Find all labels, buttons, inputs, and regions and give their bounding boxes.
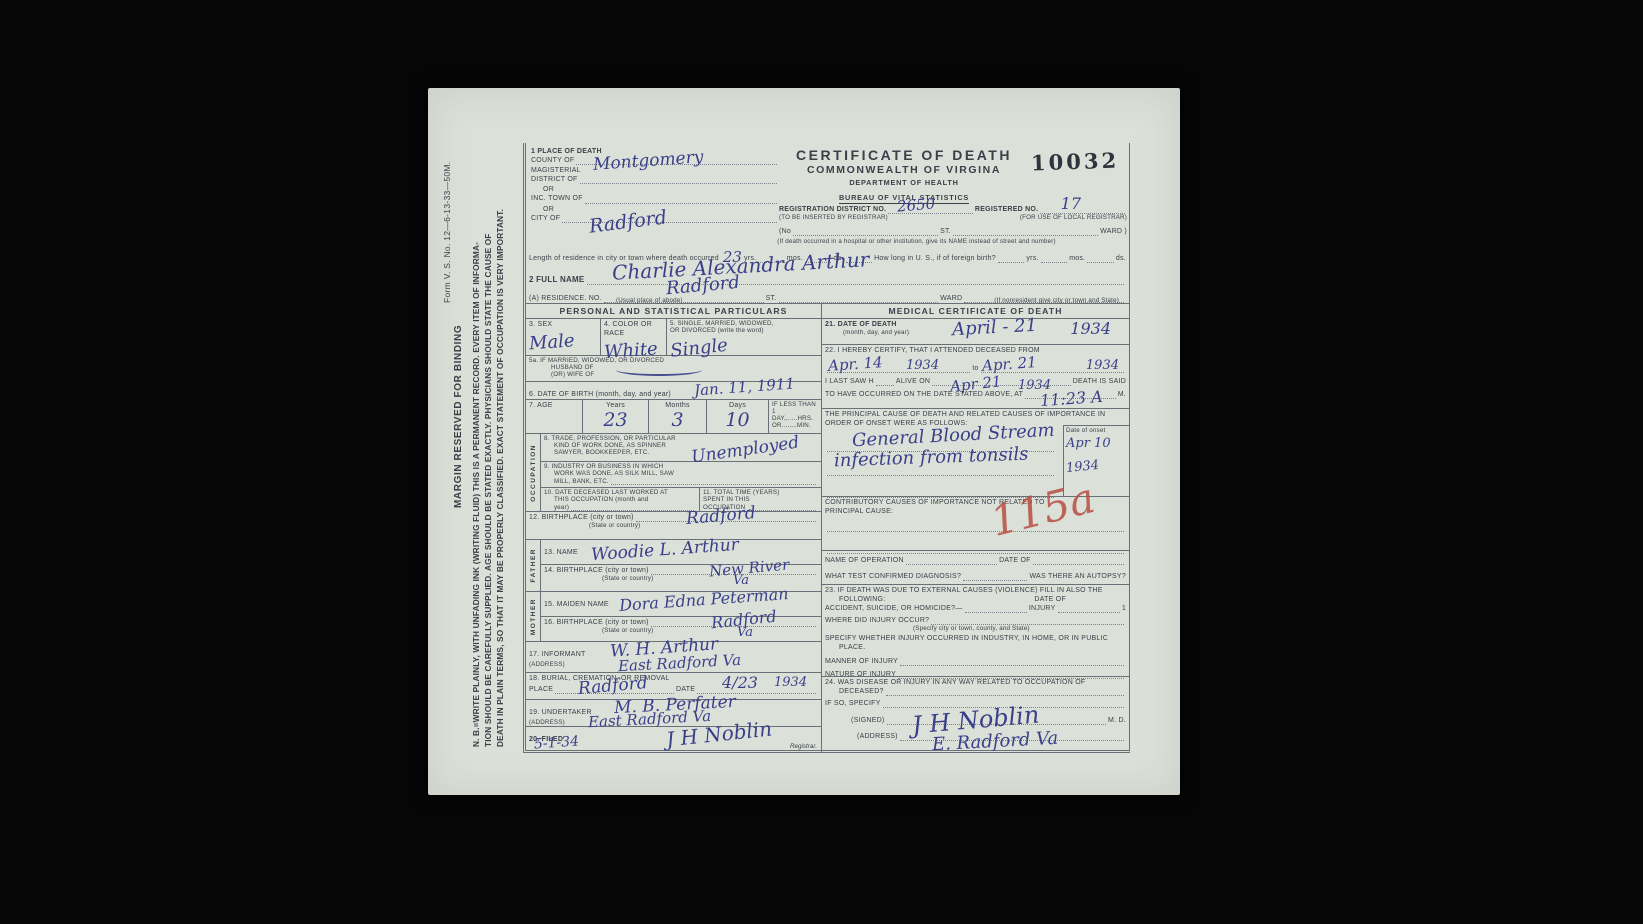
item9-row: 9. INDUSTRY OR BUSINESS IN WHICH WORK WA… bbox=[541, 462, 821, 488]
item22-time-handwritten: 11:23 A bbox=[1040, 389, 1104, 409]
item15-label: 15. MAIDEN NAME bbox=[544, 601, 609, 608]
medical-column: 21. DATE OF DEATH (month, day, and year)… bbox=[821, 319, 1129, 753]
race-label: 4. COLOR OR RACE bbox=[604, 320, 663, 338]
medical-section-title: MEDICAL CERTIFICATE OF DEATH bbox=[821, 304, 1129, 318]
item15-row: 15. MAIDEN NAME Dora Edna Peterman bbox=[541, 592, 821, 617]
item12-row: 12. BIRTHPLACE (city or town) (State or … bbox=[526, 512, 821, 540]
father-side-label: FATHER bbox=[530, 548, 537, 583]
item22-to-year-handwritten: 1934 bbox=[1086, 360, 1119, 372]
registered-no-handwritten: 17 bbox=[1061, 196, 1081, 211]
margin-binding-notice: MARGIN RESERVED FOR BINDING bbox=[453, 325, 464, 508]
test-fill bbox=[963, 573, 1027, 581]
registered-no-note: (FOR USE OF LOCAL REGISTRAR) bbox=[1020, 214, 1127, 221]
item14-label: 14. BIRTHPLACE (city or town) bbox=[544, 566, 649, 575]
item23-row: 23. IF DEATH WAS DUE TO EXTERNAL CAUSES … bbox=[822, 585, 1129, 677]
item9-label-3: MILL, BANK, ETC. bbox=[554, 478, 609, 485]
autopsy-label: WAS THERE AN AUTOPSY? bbox=[1029, 572, 1126, 581]
item23-injury-label: INJURY bbox=[1029, 604, 1056, 613]
registered-no-label: REGISTERED NO. bbox=[975, 205, 1038, 214]
street-st-label: ST. bbox=[940, 227, 951, 236]
certificate-number: 10032 bbox=[1031, 147, 1120, 175]
mos2-label: mos. bbox=[1069, 254, 1085, 263]
residence-ward-label: WARD bbox=[940, 294, 962, 303]
item23-where-note: (Specify city or town, county, and State… bbox=[913, 625, 1126, 632]
age-days-handwritten: 10 bbox=[710, 411, 765, 429]
contributory-row: CONTRIBUTORY CAUSES OF IMPORTANCE NOT RE… bbox=[822, 497, 1129, 551]
operation-date-label: DATE OF bbox=[999, 556, 1031, 565]
item22-last-saw-label: I LAST SAW H bbox=[825, 377, 874, 386]
item22-death-said-label: DEATH IS SAID bbox=[1073, 377, 1126, 386]
principal-label-1: THE PRINCIPAL CAUSE OF DEATH AND RELATED… bbox=[825, 410, 1126, 419]
item9-label-1: 9. INDUSTRY OR BUSINESS IN WHICH bbox=[544, 463, 818, 470]
address-label: (ADDRESS) bbox=[857, 732, 898, 741]
item10-label-3: year) bbox=[554, 504, 569, 511]
margin-nb-line3: DEATH IN PLAIN TERMS, SO THAT IT MAY BE … bbox=[495, 209, 505, 747]
yrs2-label: yrs. bbox=[1026, 254, 1038, 263]
registration-district-label: REGISTRATION DISTRICT NO. bbox=[779, 205, 886, 214]
commonwealth-subtitle: COMMONWEALTH OF VIRGINA bbox=[779, 164, 1029, 176]
item22-occurred-label: TO HAVE OCCURRED ON THE DATE STATED ABOV… bbox=[825, 390, 1023, 399]
item9-label-2: WORK WAS DONE, AS SILK MILL, SAW bbox=[554, 470, 818, 477]
item19-label: 19. UNDERTAKER bbox=[529, 709, 592, 716]
item16-label: 16. BIRTHPLACE (city or town) bbox=[544, 618, 649, 627]
item23-specify-2: PLACE. bbox=[839, 643, 1126, 652]
or-label-1: OR bbox=[543, 185, 779, 194]
item20-row: 20. FILED 5-1-34 J H Noblin Registrar. bbox=[526, 727, 821, 751]
item18-place-handwritten: Radford bbox=[577, 675, 648, 697]
item23-accident-label: ACCIDENT, SUICIDE, OR HOMICIDE?— bbox=[825, 604, 963, 613]
sex-label: 3. SEX bbox=[529, 320, 597, 329]
us-residence-label: How long in U. S., if of foreign birth? bbox=[874, 254, 996, 263]
husband-wife-dash-mark bbox=[616, 364, 702, 376]
full-name-label: 2 FULL NAME bbox=[529, 275, 585, 285]
certificate-title: CERTIFICATE OF DEATH bbox=[779, 147, 1029, 163]
dob-handwritten: Jan. 11, 1911 bbox=[694, 376, 796, 397]
item21-handwritten: April - 21 bbox=[952, 317, 1038, 339]
item22-to-handwritten: Apr. 21 bbox=[982, 355, 1037, 373]
item13-label: 13. NAME bbox=[544, 549, 578, 556]
onset-value-handwritten: Apr 10 bbox=[1066, 438, 1127, 450]
item22-alive-label: ALIVE ON bbox=[896, 377, 930, 386]
signed-label: (SIGNED) bbox=[851, 716, 885, 725]
md-label: M. D. bbox=[1108, 716, 1126, 725]
registrar-label: Registrar. bbox=[790, 743, 817, 750]
personal-column: 3. SEX Male 4. COLOR OR RACE White 5. SI… bbox=[526, 319, 821, 753]
residence-st-label: ST. bbox=[766, 294, 777, 303]
sex-handwritten: Male bbox=[528, 331, 597, 353]
item22-saw-date-handwritten: Apr 21 bbox=[949, 374, 1002, 394]
occupation-side-label: OCCUPATION bbox=[530, 444, 537, 502]
operation-date-fill bbox=[1033, 557, 1124, 565]
death-certificate-document: Form V. S. No. 12—6-13-33—50M. MARGIN RE… bbox=[428, 88, 1180, 795]
item22-him-fill bbox=[876, 378, 894, 386]
age-row: 7. AGE Years 23 Months 3 Days 10 bbox=[526, 400, 821, 434]
item23-manner-label: MANNER OF INJURY bbox=[825, 657, 898, 666]
if-less-label-1: IF LESS THAN bbox=[772, 401, 818, 408]
county-label: COUNTY OF bbox=[531, 156, 574, 165]
margin-nb-line1: N. B.=WRITE PLAINLY, WITH UNFADING INK (… bbox=[471, 242, 481, 747]
item22-from-year-handwritten: 1934 bbox=[906, 360, 939, 372]
onset-year-handwritten: 1934 bbox=[1066, 457, 1128, 476]
item5a-label-1: 5a. IF MARRIED, WIDOWED, OR DIVORCED bbox=[529, 357, 818, 364]
item23-where-label: WHERE DID INJURY OCCUR? bbox=[825, 616, 929, 625]
physician-address-handwritten: E. Radford Va bbox=[932, 730, 1059, 754]
dob-label: 6. DATE OF BIRTH (month, day, and year) bbox=[529, 391, 671, 398]
operation-label: NAME OF OPERATION bbox=[825, 556, 904, 565]
place-of-death-block: 1 PLACE OF DEATH COUNTY OF MAGISTERIAL D… bbox=[531, 147, 779, 224]
age-months-handwritten: 3 bbox=[652, 411, 703, 429]
age-label: 7. AGE bbox=[529, 401, 579, 410]
item10-11-row: 10. DATE DECEASED LAST WORKED AT THIS OC… bbox=[541, 488, 821, 512]
item8-row: 8. TRADE, PROFESSION, OR PARTICULAR KIND… bbox=[541, 434, 821, 462]
district-of-label: DISTRICT OF bbox=[531, 175, 578, 184]
item24-label-2: DECEASED? bbox=[839, 687, 884, 696]
item20-date-handwritten: 5-1-34 bbox=[534, 735, 580, 751]
item11-label-1: 11. TOTAL TIME (YEARS) bbox=[703, 489, 818, 496]
item12-label: 12. BIRTHPLACE (city or town) bbox=[529, 513, 634, 522]
item18-place-label: PLACE bbox=[529, 685, 553, 694]
item22-from-handwritten: Apr. 14 bbox=[828, 355, 883, 373]
item22-m-label: M. bbox=[1118, 390, 1126, 399]
item24-specify-label: IF SO, SPECIFY bbox=[825, 699, 881, 708]
item9-fill bbox=[611, 477, 816, 485]
item23-label-1: 23. IF DEATH WAS DUE TO EXTERNAL CAUSES … bbox=[825, 586, 1126, 595]
item11-fill bbox=[747, 503, 816, 511]
operation-fill bbox=[906, 557, 997, 565]
item10-label-1: 10. DATE DECEASED LAST WORKED AT bbox=[544, 489, 696, 496]
form-number-margin-text: Form V. S. No. 12—6-13-33—50M. bbox=[442, 162, 452, 303]
street-ward-row: (No ST. WARD ) bbox=[779, 227, 1127, 236]
residence-row: (A) RESIDENCE. NO. ST. WARD Radford (Usu… bbox=[526, 285, 1129, 303]
sex-race-marital-row: 3. SEX Male 4. COLOR OR RACE White 5. SI… bbox=[526, 319, 821, 356]
item23-one: 1 bbox=[1122, 604, 1126, 613]
street-st-fill bbox=[953, 228, 1098, 236]
residence-st-fill bbox=[779, 295, 939, 303]
item23-manner-fill bbox=[900, 658, 1124, 666]
item17-label: 17. INFORMANT bbox=[529, 651, 586, 658]
item23-date-of-label: DATE OF bbox=[1034, 595, 1066, 604]
us-fill bbox=[998, 255, 1025, 263]
mother-block: MOTHER 15. MAIDEN NAME Dora Edna Peterma… bbox=[526, 592, 821, 642]
registration-district-note: (TO BE INSERTED BY REGISTRAR) bbox=[779, 214, 888, 221]
item24-deceased-fill bbox=[886, 688, 1124, 696]
street-ward-label: WARD ) bbox=[1100, 227, 1127, 236]
test-label: WHAT TEST CONFIRMED DIAGNOSIS? bbox=[825, 572, 961, 581]
department-line: DEPARTMENT OF HEALTH bbox=[779, 178, 1029, 187]
certificate-body: 1 PLACE OF DEATH COUNTY OF MAGISTERIAL D… bbox=[523, 143, 1130, 753]
item18-date-label: DATE bbox=[676, 685, 695, 694]
if-less-label-3: OR........MIN. bbox=[772, 422, 818, 429]
item12-handwritten: Radford bbox=[685, 505, 756, 527]
certificate-header: 1 PLACE OF DEATH COUNTY OF MAGISTERIAL D… bbox=[526, 143, 1129, 247]
if-less-label-2: 1 DAY,......HRS. bbox=[772, 408, 818, 422]
item23-specify-1: SPECIFY WHETHER INJURY OCCURRED IN INDUS… bbox=[825, 634, 1126, 643]
inc-town-fill-line bbox=[585, 196, 777, 204]
item18-date-handwritten: 4/23 bbox=[722, 675, 758, 690]
item13-handwritten: Woodie L. Arthur bbox=[591, 537, 740, 563]
item24-label-1: 24. WAS DISEASE OR INJURY IN ANY WAY REL… bbox=[825, 678, 1126, 687]
item16-handwritten-state: Va bbox=[737, 627, 753, 639]
district-fill-line bbox=[580, 176, 777, 184]
item21-year-handwritten: 1934 bbox=[1070, 321, 1111, 336]
abode-note: (Usual place of abode) bbox=[616, 297, 683, 304]
item23-label-2: FOLLOWING: bbox=[839, 595, 885, 604]
yrs2-fill bbox=[1041, 255, 1068, 263]
city-of-label: CITY OF bbox=[531, 214, 560, 223]
registered-no-fill bbox=[1040, 206, 1125, 214]
residence-label: (A) RESIDENCE. NO. bbox=[529, 294, 602, 303]
date-of-birth-row: 6. DATE OF BIRTH (month, day, and year) … bbox=[526, 382, 821, 400]
mother-side-label: MOTHER bbox=[530, 598, 537, 635]
full-name-row: 2 FULL NAME Charlie Alexandra Arthur bbox=[526, 263, 1129, 285]
item17-row: 17. INFORMANT (ADDRESS) W. H. Arthur Eas… bbox=[526, 642, 821, 673]
mos2-fill bbox=[1087, 255, 1114, 263]
item22-to-word: to bbox=[972, 364, 978, 373]
test-autopsy-row: WHAT TEST CONFIRMED DIAGNOSIS? WAS THERE… bbox=[822, 568, 1129, 585]
occupation-block: OCCUPATION 8. TRADE, PROFESSION, OR PART… bbox=[526, 434, 821, 512]
margin-nb-line2: TION SHOULD BE CAREFULLY SUPPLIED. AGE S… bbox=[483, 233, 493, 747]
operation-row: NAME OF OPERATION DATE OF bbox=[822, 551, 1129, 568]
item11-label-2: SPENT IN THIS bbox=[703, 496, 818, 503]
registration-row: REGISTRATION DISTRICT NO. REGISTERED NO.… bbox=[779, 205, 1127, 221]
item10-label-2: THIS OCCUPATION (month and bbox=[554, 496, 696, 503]
item24-row: 24. WAS DISEASE OR INJURY IN ANY WAY REL… bbox=[822, 677, 1129, 753]
ds2-label: ds. bbox=[1116, 254, 1126, 263]
item17-address-handwritten: East Radford Va bbox=[618, 653, 742, 674]
item16-sublabel: (State or country) bbox=[602, 627, 818, 634]
personal-section-title: PERSONAL AND STATISTICAL PARTICULARS bbox=[526, 304, 821, 318]
cause-line2-handwritten: infection from tonsils bbox=[834, 446, 1029, 470]
item10-fill bbox=[571, 503, 694, 511]
item23-accident-fill bbox=[965, 605, 1027, 613]
street-no-fill bbox=[793, 228, 938, 236]
section-band: PERSONAL AND STATISTICAL PARTICULARS MED… bbox=[526, 303, 1129, 319]
registration-district-handwritten: 2650 bbox=[896, 196, 935, 214]
item21-row: 21. DATE OF DEATH (month, day, and year)… bbox=[822, 319, 1129, 345]
nonresident-note: (If nonresident give city or town and St… bbox=[994, 297, 1119, 304]
screenshot-root: Form V. S. No. 12—6-13-33—50M. MARGIN RE… bbox=[0, 0, 1643, 924]
marital-label-1: 5. SINGLE, MARRIED, WIDOWED, bbox=[670, 320, 818, 327]
item18-year-handwritten: 1934 bbox=[774, 677, 807, 689]
item22-row: 22. I HEREBY CERTIFY, THAT I ATTENDED DE… bbox=[822, 345, 1129, 409]
age-years-handwritten: 23 bbox=[586, 411, 645, 429]
residence-handwritten: Radford bbox=[665, 274, 740, 297]
street-no-paren: (No bbox=[779, 227, 791, 236]
item19-row: 19. UNDERTAKER (ADDRESS) M. B. Perfater … bbox=[526, 700, 821, 727]
date-of-onset-label: Date of onset bbox=[1066, 427, 1127, 434]
item23-injury-fill bbox=[1058, 605, 1120, 613]
item14-handwritten-state: Va bbox=[733, 575, 749, 587]
hospital-note: (If death occurred in a hospital or othe… bbox=[706, 238, 1127, 245]
inc-town-label: INC. TOWN OF bbox=[531, 194, 583, 203]
item23-where-fill bbox=[931, 617, 1124, 625]
